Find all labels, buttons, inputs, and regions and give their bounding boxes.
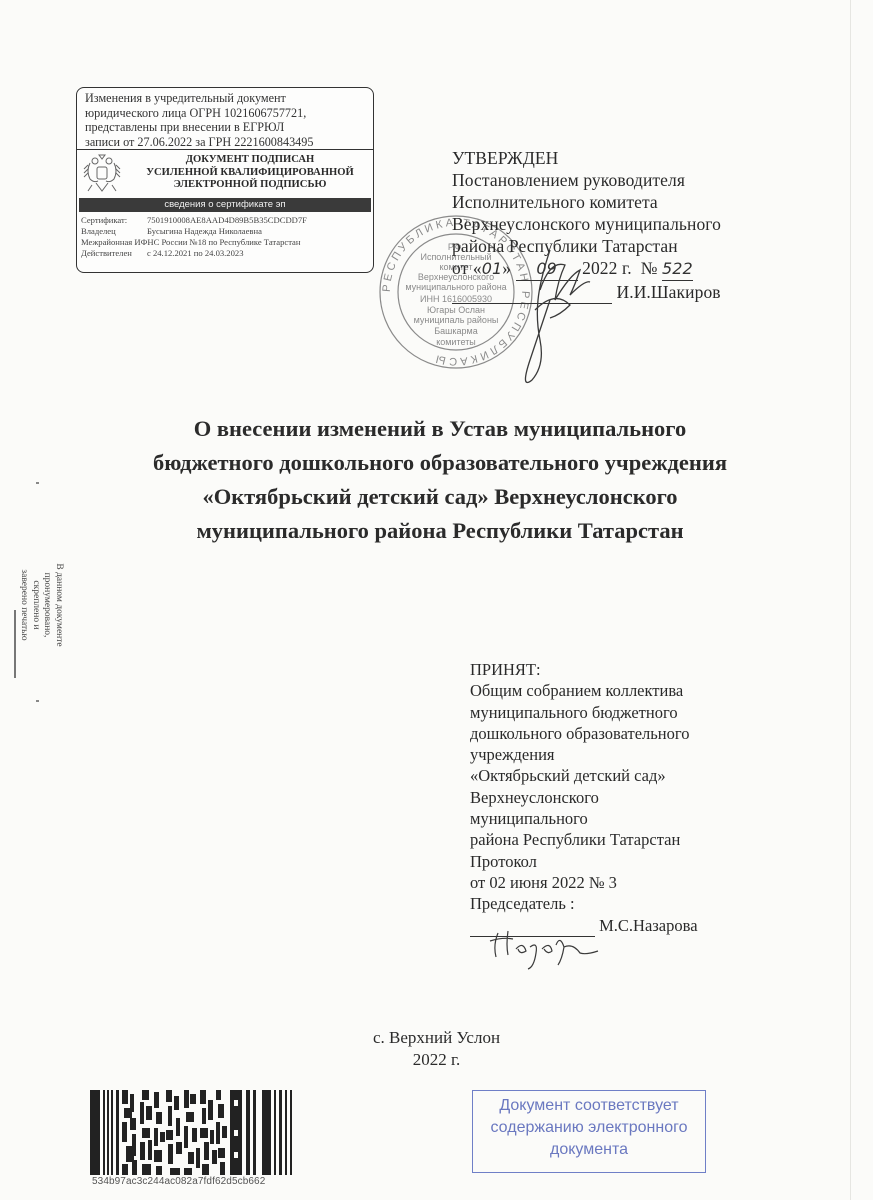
valid-value: с 24.12.2021 по 24.03.2023 [147, 248, 244, 258]
side-note-line: заверено печатью [18, 535, 30, 675]
approval-line: Верхнеуслонского муниципального [452, 213, 721, 235]
title-line: бюджетного дошкольного образовательного … [100, 446, 780, 480]
year: 2022 г. [0, 1049, 873, 1071]
accepted-line: дошкольного образовательного [470, 723, 698, 744]
accepted-line: Протокол [470, 851, 698, 872]
page-edge [850, 0, 851, 1200]
registration-info: Изменения в учредительный документ юриди… [77, 88, 373, 150]
place-and-year: с. Верхний Услон 2022 г. [0, 1027, 873, 1071]
approval-line: Постановлением руководителя [452, 169, 721, 191]
valid-label: Действителен [81, 248, 147, 259]
accepted-line: Общим собранием коллектива [470, 680, 698, 701]
conformity-line: содержанию электронного [473, 1117, 705, 1139]
accepted-heading: ПРИНЯТ: [470, 659, 698, 680]
conformity-stamp: Документ соответствует содержанию электр… [472, 1090, 706, 1173]
conformity-line: Документ соответствует [473, 1095, 705, 1117]
seal-text: комитеты [436, 337, 476, 347]
title-line: «Октябрьский детский сад» Верхнеуслонско… [100, 480, 780, 514]
handwritten-signature [510, 240, 600, 390]
certificate-details: Сертификат:7501910008AE8AAD4D89B5B35CDCD… [77, 212, 373, 259]
barcode-id: 534b97ac3c244ac082a7fdf62d5cb662 [92, 1176, 265, 1187]
accepted-line: учреждения [470, 744, 698, 765]
certificate-value: 7501910008AE8AAD4D89B5B35CDCDD7F [147, 215, 307, 225]
accepted-line: Верхнеуслонского [470, 787, 698, 808]
document-title: О внесении изменений в Устав муниципальн… [100, 412, 780, 548]
number-sign: № [641, 258, 658, 278]
seal-text: муниципаль районы [414, 315, 499, 325]
conformity-line: документа [473, 1139, 705, 1161]
accepted-line: Председатель : [470, 893, 698, 914]
registration-line: представлены при внесении в ЕГРЮЛ [85, 120, 367, 135]
side-note-line: скреплено и [30, 535, 42, 675]
date-day: 01 [482, 259, 503, 278]
registration-line: юридического лица ОГРН 1021606757721, [85, 106, 367, 121]
scan-speck [36, 700, 39, 702]
accepted-line: «Октябрьский детский сад» [470, 765, 698, 786]
accepted-block: ПРИНЯТ: Общим собранием коллектива муниц… [470, 659, 698, 937]
approval-number: 522 [662, 258, 693, 281]
side-note-line: В данном документе [53, 535, 65, 675]
signature-title-line: ДОКУМЕНТ ПОДПИСАН [127, 154, 373, 167]
accepted-signer: М.С.Назарова [599, 916, 697, 935]
owner-row: ВладелецБусыгина Надежда Николаевна [81, 226, 369, 237]
owner-label: Владелец [81, 226, 147, 237]
registration-stamp: Изменения в учредительный документ юриди… [76, 87, 374, 273]
accepted-line: района Республики Татарстан [470, 829, 698, 850]
coat-of-arms-icon [82, 153, 122, 195]
approval-signer: И.И.Шакиров [616, 282, 720, 302]
side-note-line: пронумеровано, [41, 535, 53, 675]
validity-row: Действителенс 24.12.2021 по 24.03.2023 [81, 248, 369, 259]
accepted-line: от 02 июня 2022 № 3 [470, 872, 698, 893]
signature-title-line: УСИЛЕННОЙ КВАЛИФИЦИРОВАННОЙ [127, 167, 373, 180]
signature-title: ДОКУМЕНТ ПОДПИСАН УСИЛЕННОЙ КВАЛИФИЦИРОВ… [127, 154, 373, 192]
registration-line: записи от 27.06.2022 за ГРН 222160084349… [85, 135, 367, 150]
handwritten-signature [468, 925, 603, 970]
accepted-line: муниципального [470, 808, 698, 829]
side-binding-note: В данном документе пронумеровано, скрепл… [8, 535, 64, 675]
approval-line: Исполнительного комитета [452, 191, 721, 213]
owner-value: Бусыгина Надежда Николаевна [147, 226, 262, 236]
certificate-row: Сертификат:7501910008AE8AAD4D89B5B35CDCD… [81, 215, 369, 226]
signature-header: ДОКУМЕНТ ПОДПИСАН УСИЛЕННОЙ КВАЛИФИЦИРОВ… [77, 150, 373, 197]
certificate-bar: сведения о сертификате эп [79, 198, 371, 212]
certificate-label: Сертификат: [81, 215, 147, 226]
title-line: О внесении изменений в Устав муниципальн… [100, 412, 780, 446]
scan-speck [36, 482, 39, 484]
place: с. Верхний Услон [0, 1027, 873, 1049]
accepted-line: муниципального бюджетного [470, 702, 698, 723]
seal-text: Башкарма [434, 326, 477, 336]
date-prefix: от « [452, 258, 482, 278]
binding-line [14, 610, 16, 678]
seal-text: Югары Ослан [427, 305, 485, 315]
registration-line: Изменения в учредительный документ [85, 91, 367, 106]
title-line: муниципального района Республики Татарст… [100, 514, 780, 548]
authority-row: Межрайонная ИФНС России №18 по Республик… [81, 237, 369, 248]
pdf417-barcode [90, 1090, 295, 1175]
approval-heading: УТВЕРЖДЕН [452, 147, 721, 169]
signature-title-line: ЭЛЕКТРОННОЙ ПОДПИСЬЮ [127, 179, 373, 192]
